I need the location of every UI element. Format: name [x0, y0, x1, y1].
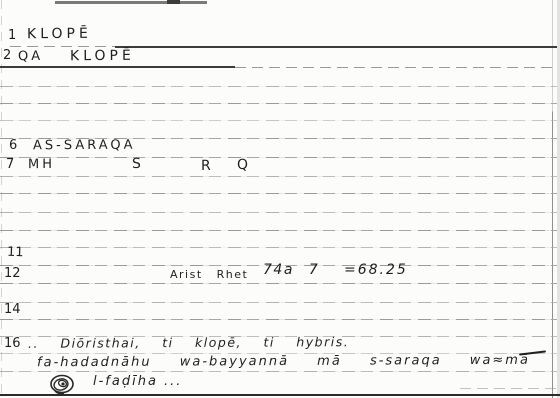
- entry-16-number: 16: [4, 337, 21, 350]
- ruled-line: [0, 193, 557, 194]
- ruled-line: [0, 86, 557, 87]
- ruled-line: [235, 67, 557, 68]
- entry-1-number: 1: [8, 29, 16, 42]
- continuation-line-1: fa-hadadnāhu wa-bayyannā mā s-saraqa wa≈…: [37, 354, 530, 370]
- entry-11-number: 11: [7, 246, 24, 260]
- ruled-line: [0, 176, 557, 177]
- entry-7-number: 7: [6, 158, 14, 171]
- card-right-border: [552, 0, 553, 398]
- entry-7-abbr: MH: [28, 158, 55, 171]
- entry-7-col-q: Q: [237, 158, 251, 172]
- entry-2-word: KLOPĒ: [70, 49, 135, 63]
- ruled-line: [460, 388, 557, 389]
- entry-7-col-r: R: [201, 159, 214, 173]
- entry-12-citation-locus: 74a 7: [263, 263, 319, 277]
- ruled-line: [0, 230, 557, 231]
- entry-14-number: 14: [4, 303, 21, 316]
- ruled-line: [10, 46, 115, 47]
- ruled-line: [0, 66, 235, 68]
- entry-12-number: 12: [4, 267, 21, 280]
- ruled-line: [0, 283, 557, 284]
- entry-16-text: .. Diōristhai, ti klopē, ti hybris.: [28, 336, 349, 350]
- entry-7-col-s: S: [132, 157, 144, 171]
- top-edge-tick: [167, 0, 180, 4]
- ruled-line: [0, 319, 557, 320]
- ruled-line: [0, 371, 557, 372]
- ruled-line: [0, 212, 557, 213]
- entry-2-abbr: QA: [18, 50, 43, 63]
- ruled-line: [0, 103, 557, 104]
- entry-6-number: 6: [9, 139, 17, 152]
- entry-12-citation-equiv: =68.25: [344, 263, 408, 277]
- ruled-line: [0, 247, 557, 248]
- entry-1-word: KLOPĒ: [27, 27, 92, 41]
- entry-2-number: 2: [3, 49, 11, 62]
- ruled-line: [0, 120, 557, 121]
- ink-blot: [49, 374, 77, 395]
- ruled-line: [0, 157, 557, 158]
- scanned-index-card: 1 KLOPĒ 2 QA KLOPĒ 6 AS-SARAQA 7 MH S R …: [0, 0, 560, 398]
- entry-6-word: AS-SARAQA: [33, 139, 136, 153]
- card-bottom-edge: [0, 394, 560, 396]
- ruled-line: [0, 302, 557, 303]
- continuation-line-2: l-faḍīha ...: [93, 375, 182, 388]
- top-edge-mark: [55, 1, 207, 4]
- ruled-line: [115, 46, 557, 48]
- scan-left-edge: [1, 0, 2, 398]
- entry-12-citation-source: Arist Rhet: [170, 269, 248, 280]
